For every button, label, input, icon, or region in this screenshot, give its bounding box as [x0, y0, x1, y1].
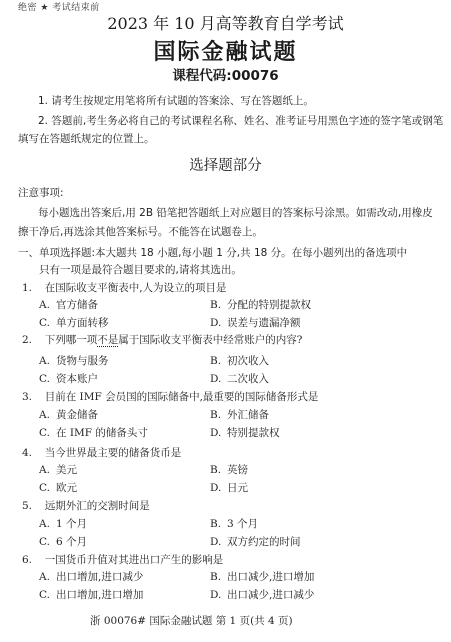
- notes-label: 注意事项:: [18, 185, 64, 200]
- question-number: 4.: [22, 447, 32, 459]
- question-stem: 目前在 IMF 会员国的国际储备中,最重要的国际储备形式是: [45, 391, 319, 403]
- q1-option-a[interactable]: A.官方储备: [39, 297, 98, 312]
- notes-line-2: 擦干净后,再选涂其他答案标号。不能答在试题卷上。: [18, 224, 263, 239]
- q2-option-a[interactable]: A.货物与服务: [39, 353, 109, 368]
- q1-option-d[interactable]: D.误差与遗漏净额: [210, 315, 301, 330]
- course-code: 课程代码:00076: [0, 64, 451, 84]
- question-stem: 远期外汇的交割时间是: [45, 500, 150, 512]
- q4-option-b[interactable]: B.英镑: [210, 462, 248, 477]
- question-2: 2. 下列哪一项不是属于国际收支平衡表中经常账户的内容?: [22, 332, 302, 347]
- q3-option-c[interactable]: C.在 IMF 的储备头寸: [39, 425, 148, 440]
- q5-option-c[interactable]: C.6 个月: [39, 534, 87, 549]
- question-5: 5. 远期外汇的交割时间是: [22, 498, 150, 513]
- question-number: 3.: [22, 391, 32, 403]
- q4-option-a[interactable]: A.美元: [39, 462, 77, 477]
- q1-option-c[interactable]: C.单方面转移: [39, 315, 109, 330]
- exam-title: 2023 年 10 月高等教育自学考试: [0, 11, 451, 34]
- part1-heading-line1: 一、单项选择题:本大题共 18 小题,每小题 1 分,共 18 分。在每小题列出…: [18, 245, 407, 260]
- question-3: 3. 目前在 IMF 会员国的国际储备中,最重要的国际储备形式是: [22, 389, 318, 404]
- question-stem: 一国货币升值对其进出口产生的影响是: [45, 554, 224, 566]
- q1-option-b[interactable]: B.分配的特别提款权: [210, 297, 311, 312]
- q4-option-c[interactable]: C.欧元: [39, 480, 77, 495]
- question-number: 5.: [22, 500, 32, 512]
- q2-option-d[interactable]: D.二次收入: [210, 371, 269, 386]
- q2-option-b[interactable]: B.初次收入: [210, 353, 269, 368]
- instruction-2: 2. 答题前,考生务必将自己的考试课程名称、姓名、准考证号用黑色字迹的签字笔或钢…: [38, 113, 443, 128]
- question-1: 1. 在国际收支平衡表中,人为设立的项目是: [22, 280, 227, 295]
- question-6: 6. 一国货币升值对其进出口产生的影响是: [22, 552, 223, 567]
- subject-title: 国际金融试题: [0, 35, 451, 66]
- emphasis-not: 不是: [97, 334, 118, 346]
- q5-option-a[interactable]: A.1 个月: [39, 516, 87, 531]
- q3-option-d[interactable]: D.特别提款权: [210, 425, 280, 440]
- notes-line-1: 每小题选出答案后,用 2B 铅笔把答题纸上对应题目的答案标号涂黑。如需改动,用橡…: [38, 205, 433, 220]
- question-number: 6.: [22, 554, 32, 566]
- q6-option-a[interactable]: A.出口增加,进口减少: [39, 569, 143, 584]
- q6-option-d[interactable]: D.出口减少,进口减少: [210, 587, 314, 602]
- question-4: 4. 当今世界最主要的储备货币是: [22, 445, 181, 460]
- q5-option-b[interactable]: B.3 个月: [210, 516, 258, 531]
- section-title: 选择题部分: [0, 154, 451, 175]
- q5-option-d[interactable]: D.双方约定的时间: [210, 534, 301, 549]
- question-stem: 当今世界最主要的储备货币是: [45, 447, 182, 459]
- q3-option-b[interactable]: B.外汇储备: [210, 407, 269, 422]
- part1-heading-line2: 只有一项是最符合题目要求的,请将其选出。: [39, 262, 242, 277]
- q3-option-a[interactable]: A.黄金储备: [39, 407, 98, 422]
- question-number: 2.: [22, 334, 32, 346]
- instruction-1: 1. 请考生按规定用笔将所有试题的答案涂、写在答题纸上。: [38, 93, 314, 108]
- instruction-2-cont: 填写在答题纸规定的位置上。: [18, 131, 155, 146]
- question-stem: 在国际收支平衡表中,人为设立的项目是: [45, 282, 227, 294]
- q4-option-d[interactable]: D.日元: [210, 480, 248, 495]
- question-number: 1.: [22, 282, 32, 294]
- q2-option-c[interactable]: C.资本账户: [39, 371, 98, 386]
- q6-option-c[interactable]: C.出口增加,进口增加: [39, 587, 143, 602]
- q6-option-b[interactable]: B.出口减少,进口增加: [210, 569, 314, 584]
- page-footer: 浙 00076# 国际金融试题 第 1 页(共 4 页): [90, 613, 293, 628]
